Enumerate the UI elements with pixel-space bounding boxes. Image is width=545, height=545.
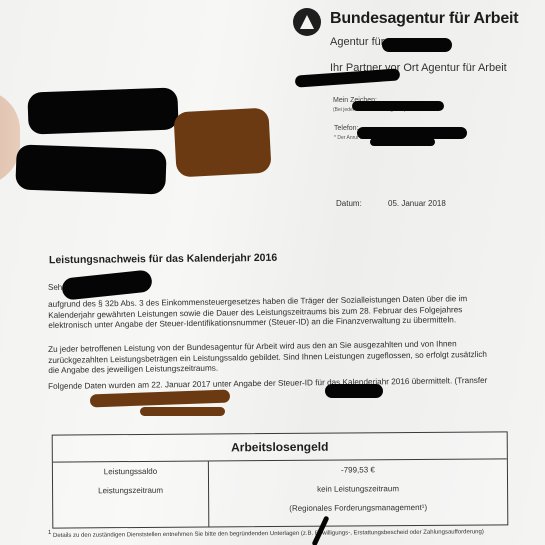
benefit-table: Arbeitslosengeld Leistungssaldo Leistung… [52, 431, 509, 528]
redaction-address [27, 87, 178, 134]
document-title: Leistungsnachweis für das Kalenderjahr 2… [49, 252, 277, 266]
table-label-column: Leistungssaldo Leistungszeitraum [53, 461, 209, 528]
row-label-balance: Leistungssaldo [53, 462, 208, 482]
row-value-note: (Regionales Forderungsmanagement¹) [209, 497, 507, 518]
redaction-address [15, 144, 166, 194]
row-value-balance: -799,53 € [209, 459, 507, 480]
paragraph-1: aufgrund des § 32b Abs. 3 des Einkommens… [48, 294, 498, 332]
redaction-tax-id [325, 384, 383, 398]
organization-name: Bundesagentur für Arbeit [330, 10, 518, 28]
footnote-text: Details zu den zuständigen Dienststellen… [53, 529, 484, 539]
footnote-marker: 1 [48, 530, 51, 536]
agency-logo-icon [293, 8, 321, 36]
letter-paper: Bundesagentur für Arbeit Agentur für Ihr… [0, 0, 545, 545]
row-label-period: Leistungszeitraum [53, 481, 208, 501]
paragraph-2: Zu jeder betroffenen Leistung von der Bu… [48, 339, 498, 377]
table-value-column: -799,53 € kein Leistungszeitraum (Region… [209, 459, 507, 527]
paragraph-3: Folgende Daten wurden am 22. Januar 2017… [48, 376, 498, 393]
row-label-empty [53, 500, 208, 520]
redaction-transfer-id [90, 390, 230, 408]
agency-line: Agentur für [330, 36, 384, 48]
redaction-phone [370, 138, 435, 146]
phone-label: Telefon: [334, 125, 359, 132]
redaction-agency [382, 38, 452, 52]
table-heading: Arbeitslosengeld [53, 432, 507, 462]
date-value: 05. Januar 2018 [388, 199, 446, 208]
redaction-salutation [61, 269, 153, 300]
redaction-address [173, 108, 271, 178]
row-value-period: kein Leistungszeitraum [209, 478, 507, 499]
redaction-reference [352, 101, 444, 111]
date-label: Datum: [336, 199, 362, 208]
redaction-partner [295, 68, 401, 87]
redaction-transfer-id [140, 407, 225, 416]
